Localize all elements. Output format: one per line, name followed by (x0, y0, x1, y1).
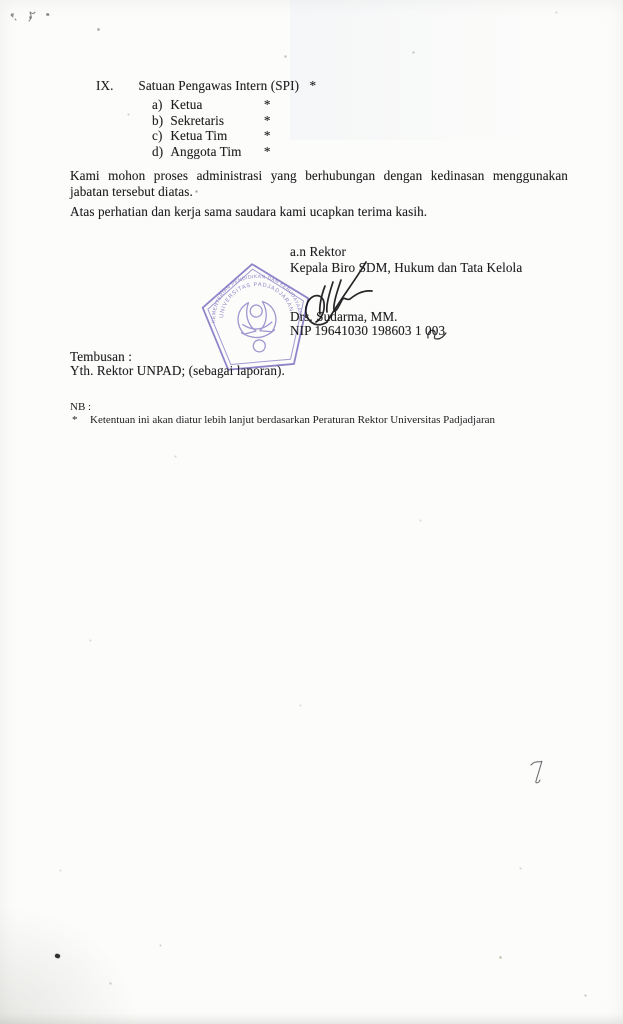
item-letter: a) (152, 97, 167, 113)
item-label: Ketua Tim (170, 128, 260, 144)
scan-corner-shadow (0, 904, 140, 1024)
nb-note-text: Ketentuan ini akan diatur lebih lanjut b… (90, 414, 495, 426)
item-letter: c) (152, 128, 167, 144)
section-number: IX. (96, 78, 135, 94)
scanned-letter-page: IX. Satuan Pengawas Intern (SPI) * a) Ke… (0, 0, 623, 1024)
list-item: a) Ketua * (152, 97, 271, 113)
nb-label: NB : (70, 401, 91, 414)
item-letter: d) (152, 144, 167, 160)
section-heading: IX. Satuan Pengawas Intern (SPI) * (96, 78, 316, 94)
list-item: d) Anggota Tim * (152, 144, 271, 160)
body-paragraph-request: Kami mohon proses administrasi yang berh… (70, 168, 568, 199)
signature-block: a.n Rektor Kepala Biro SDM, Hukum dan Ta… (290, 244, 580, 275)
scan-edge-shadow (0, 1014, 623, 1024)
footnote-mark: * (264, 113, 271, 128)
item-label: Anggota Tim (170, 144, 260, 160)
footnote-mark: * (264, 128, 271, 143)
nb-note-row: *Ketentuan ini akan diatur lebih lanjut … (70, 414, 495, 427)
footnote-mark: * (309, 78, 316, 93)
handwritten-mark (527, 757, 549, 789)
item-label: Sekretaris (170, 113, 260, 129)
scan-speckles (0, 0, 1, 1)
section-title: Satuan Pengawas Intern (SPI) (138, 78, 299, 93)
on-behalf-line: a.n Rektor (290, 244, 580, 260)
cc-recipient: Yth. Rektor UNPAD; (sebagai laporan). (70, 363, 285, 379)
body-paragraph-closing: Atas perhatian dan kerja sama saudara ka… (70, 204, 590, 220)
paraph-mark (425, 326, 449, 342)
signer-nip: NIP 19641030 198603 1 003 (290, 323, 445, 339)
footnote-mark: * (264, 97, 271, 112)
item-letter: b) (152, 113, 167, 129)
ink-smudge-marks (4, 5, 124, 35)
footnote-mark: * (264, 144, 271, 159)
signer-position: Kepala Biro SDM, Hukum dan Tata Kelola (290, 260, 580, 276)
footnote-mark: * (70, 414, 90, 427)
scan-tint-band (290, 0, 520, 140)
list-item: b) Sekretaris * (152, 113, 271, 129)
item-label: Ketua (170, 97, 260, 113)
list-item: c) Ketua Tim * (152, 128, 271, 144)
